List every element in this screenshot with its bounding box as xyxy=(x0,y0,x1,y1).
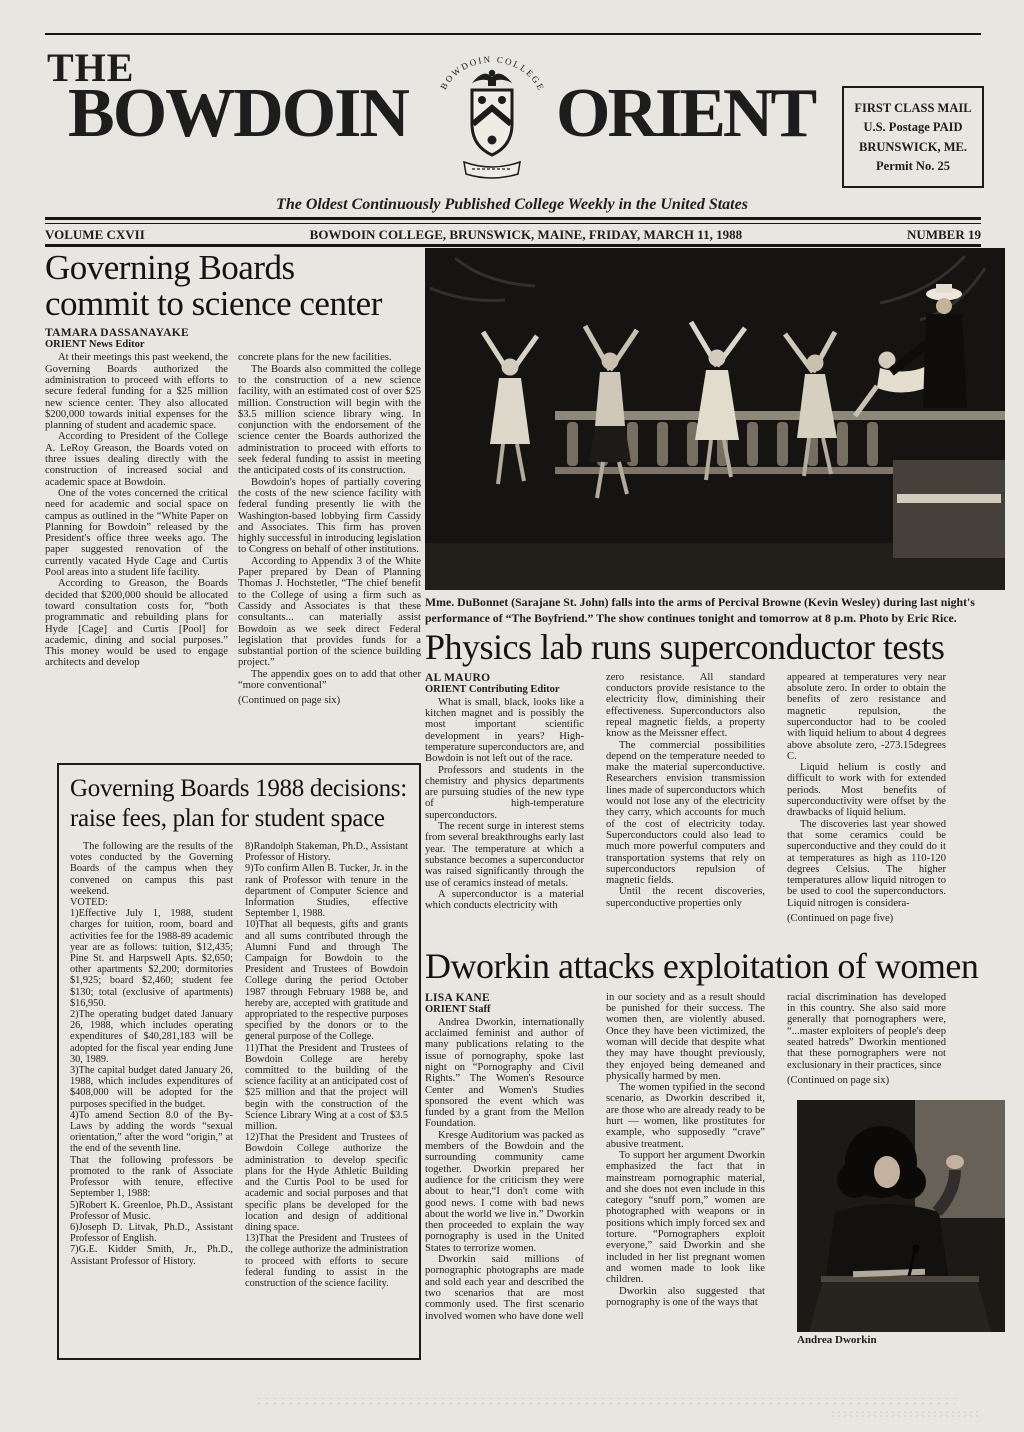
column: concrete plans for the new facilities. T… xyxy=(238,352,421,706)
article-physics: Physics lab runs superconductor tests AL… xyxy=(425,629,1005,924)
column: At their meetings this past weekend, the… xyxy=(45,352,228,706)
postage-line: U.S. Postage PAID xyxy=(844,118,982,137)
postage-line: BRUNSWICK, ME. xyxy=(844,138,982,157)
article-paragraph: in our society and as a result should be… xyxy=(606,992,765,1082)
article-paragraph: zero resistance. All standard conductors… xyxy=(606,672,765,740)
continued-notice: (Continued on page six) xyxy=(238,695,421,706)
article-paragraph: 2)The operating budget dated January 26,… xyxy=(70,1009,233,1065)
volume-label: VOLUME CXVII xyxy=(45,227,145,243)
article-paragraph: Andrea Dworkin, internationally acclaime… xyxy=(425,1017,584,1130)
continued-notice: (Continued on page five) xyxy=(787,913,946,924)
headline-line: Governing Boards 1988 decisions: xyxy=(70,774,408,804)
article-paragraph: racial discrimination has developed in t… xyxy=(787,992,946,1071)
shield-icon xyxy=(472,90,512,155)
article-paragraph: 9)To confirm Allen B. Tucker, Jr. in the… xyxy=(245,863,408,919)
byline-name: LISA KANE xyxy=(425,992,584,1004)
article-paragraph: 8)Randolph Stakeman, Ph.D., Assistant Pr… xyxy=(245,841,408,863)
issue-number: NUMBER 19 xyxy=(907,227,981,243)
byline: TAMARA DASSANAYAKE ORIENT News Editor xyxy=(45,327,421,350)
article-paragraph: Dworkin said millions of pornographic ph… xyxy=(425,1254,584,1322)
article-paragraph: What is small, black, looks like a kitch… xyxy=(425,697,584,765)
article-paragraph: Liquid helium is costly and difficult to… xyxy=(787,762,946,818)
article-paragraph: 13)That the President and Trustees of th… xyxy=(245,1233,408,1289)
byline-role: ORIENT Contributing Editor xyxy=(425,684,584,695)
dateline-center: BOWDOIN COLLEGE, BRUNSWICK, MAINE, FRIDA… xyxy=(310,227,742,243)
postage-box: FIRST CLASS MAIL U.S. Postage PAID BRUNS… xyxy=(842,86,984,188)
performance-photo-art xyxy=(425,248,1005,590)
divider xyxy=(45,244,981,247)
column: LISA KANE ORIENT Staff Andrea Dworkin, i… xyxy=(425,992,584,1322)
article-paragraph: Professors and students in the chemistry… xyxy=(425,765,584,821)
article-paragraph: 7)G.E. Kidder Smith, Jr., Ph.D., Assista… xyxy=(70,1244,233,1266)
article-paragraph: 4)To amend Section 8.0 of the By-Laws by… xyxy=(70,1110,233,1155)
masthead-title-right: ORIENT xyxy=(556,74,814,154)
article-paragraph: The commercial possibilities depend on t… xyxy=(606,740,765,887)
article-paragraph: 12)That the President and Trustees of Bo… xyxy=(245,1132,408,1233)
dworkin-photo xyxy=(797,1100,1005,1332)
divider xyxy=(45,223,981,224)
byline-role: ORIENT Staff xyxy=(425,1004,584,1015)
article-headline: Governing Boards commit to science cente… xyxy=(45,250,421,321)
seal-banner xyxy=(464,162,520,178)
newspaper-front-page: THE BOWDOIN ORIENT BOWDOIN COLLEGE FIRST… xyxy=(0,0,1024,1432)
article-paragraph: The Boards also committed the college to… xyxy=(238,364,421,477)
article-paragraph: 5)Robert K. Greenloe, Ph.D., Assistant P… xyxy=(70,1200,233,1222)
masthead-title-left: BOWDOIN xyxy=(68,74,408,154)
article-paragraph: 1)Effective July 1, 1988, student charge… xyxy=(70,908,233,1009)
article-paragraph: Until the recent discoveries, supercondu… xyxy=(606,886,765,909)
divider xyxy=(45,217,981,220)
article-paragraph: 11)That the President and Trustees of Bo… xyxy=(245,1043,408,1133)
performance-photo xyxy=(425,248,1005,590)
article-paragraph: According to President of the College A.… xyxy=(45,431,228,487)
postage-line: FIRST CLASS MAIL xyxy=(844,99,982,118)
article-paragraph: The discoveries last year showed that so… xyxy=(787,819,946,909)
article-paragraph: Bowdoin's hopes of partially covering th… xyxy=(238,477,421,556)
college-seal-icon: BOWDOIN COLLEGE xyxy=(432,40,552,192)
eagle-icon xyxy=(472,70,512,86)
column: appeared at temperatures very near absol… xyxy=(787,672,946,925)
article-paragraph: The recent surge in interest stems from … xyxy=(425,821,584,889)
article-paragraph: According to Greason, the Boards decided… xyxy=(45,578,228,668)
top-rule xyxy=(45,33,981,35)
article-paragraph: Dworkin also suggested that pornography … xyxy=(606,1286,765,1309)
article-paragraph: 3)The capital budget dated January 26, 1… xyxy=(70,1065,233,1110)
headline-line: raise fees, plan for student space xyxy=(70,804,408,834)
piano xyxy=(893,460,1005,558)
dateline-bar: VOLUME CXVII BOWDOIN COLLEGE, BRUNSWICK,… xyxy=(45,227,981,243)
article-board-decisions: Governing Boards 1988 decisions: raise f… xyxy=(57,763,421,1360)
byline-name: TAMARA DASSANAYAKE xyxy=(45,327,421,339)
article-paragraph: 10)That all bequests, gifts and grants a… xyxy=(245,919,408,1042)
article-science-center: Governing Boards commit to science cente… xyxy=(45,250,421,707)
article-paragraph: According to Appendix 3 of the White Pap… xyxy=(238,556,421,669)
byline-name: AL MAURO xyxy=(425,672,584,684)
headline-line: commit to science center xyxy=(45,286,421,322)
article-headline: Dworkin attacks exploitation of women xyxy=(425,948,1005,986)
continued-notice: (Continued on page six) xyxy=(787,1075,946,1086)
article-paragraph: The women typified in the second scenari… xyxy=(606,1082,765,1150)
article-paragraph: The appendix goes on to add that other “… xyxy=(238,669,421,692)
article-columns: At their meetings this past weekend, the… xyxy=(45,352,421,706)
photo-caption: Andrea Dworkin xyxy=(797,1334,877,1346)
column: in our society and as a result should be… xyxy=(606,992,765,1322)
postage-line: Permit No. 25 xyxy=(844,157,982,176)
article-columns: The following are the results of the vot… xyxy=(70,841,408,1289)
article-dworkin: Dworkin attacks exploitation of women LI… xyxy=(425,948,1005,1368)
article-paragraph: Kresge Auditorium was packed as members … xyxy=(425,1130,584,1254)
article-paragraph: That the following professors be promote… xyxy=(70,1155,233,1200)
article-headline: Physics lab runs superconductor tests xyxy=(425,629,1005,667)
article-paragraph: To support her argument Dworkin emphasiz… xyxy=(606,1150,765,1286)
byline-role: ORIENT News Editor xyxy=(45,339,421,350)
article-paragraph: The following are the results of the vot… xyxy=(70,841,233,897)
masthead-tagline: The Oldest Continuously Published Colleg… xyxy=(0,196,1024,214)
article-paragraph: A superconductor is a material which con… xyxy=(425,889,584,912)
dworkin-photo-art xyxy=(797,1100,1005,1332)
column: The following are the results of the vot… xyxy=(70,841,233,1289)
article-paragraph: At their meetings this past weekend, the… xyxy=(45,352,228,431)
article-paragraph: appeared at temperatures very near absol… xyxy=(787,672,946,762)
scan-noise xyxy=(255,1396,955,1408)
article-paragraph: One of the votes concerned the critical … xyxy=(45,488,228,578)
photo-caption: Mme. DuBonnet (Sarajane St. John) falls … xyxy=(425,595,1005,626)
scan-noise xyxy=(830,1410,980,1418)
article-paragraph: 6)Joseph D. Litvak, Ph.D., Assistant Pro… xyxy=(70,1222,233,1244)
headline-line: Governing Boards xyxy=(45,250,421,286)
article-paragraph: concrete plans for the new facilities. xyxy=(238,352,421,363)
article-paragraph: VOTED: xyxy=(70,897,233,908)
column: 8)Randolph Stakeman, Ph.D., Assistant Pr… xyxy=(245,841,408,1289)
article-headline: Governing Boards 1988 decisions: raise f… xyxy=(70,774,408,834)
column: zero resistance. All standard conductors… xyxy=(606,672,765,925)
column: AL MAURO ORIENT Contributing Editor What… xyxy=(425,672,584,925)
article-columns: AL MAURO ORIENT Contributing Editor What… xyxy=(425,672,1005,925)
